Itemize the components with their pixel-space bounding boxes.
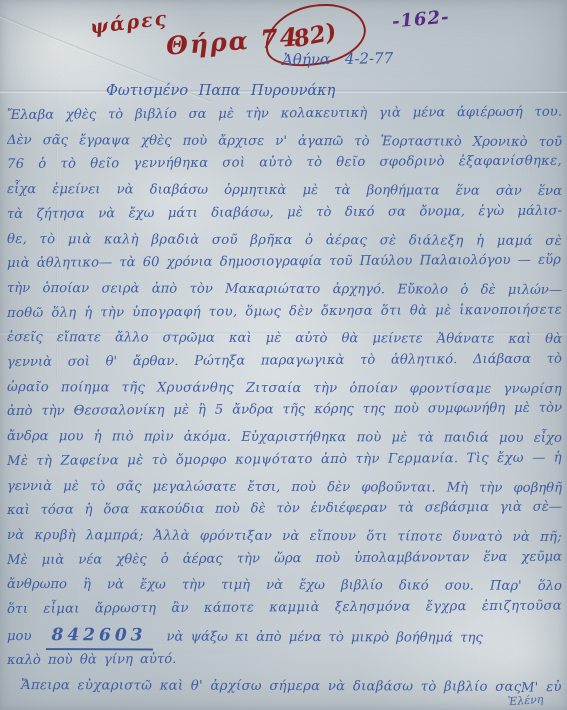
- body-line: μιὰ ἀθλητικο— τὰ 60 χρόνια δημοσιογραφία…: [7, 249, 562, 277]
- body-line: ὅτι εἶμαι ἄρρωστη ἂν κάποτε καμμιὰ ξελησ…: [7, 595, 562, 623]
- page-number: -162-: [391, 7, 450, 33]
- body-line: Ἔλαβα χθὲς τὸ βιβλίο σα μὲ τὴν κολακευτι…: [7, 101, 562, 129]
- closing-line: Ἄπειρα εὐχαριστῶ καὶ θ' ἀρχίσω σήμερα νὰ…: [7, 674, 562, 701]
- phone-line-suffix: νὰ ψάξω κι ἀπὸ μένα τὸ μικρὸ βοήθημά της: [166, 629, 482, 645]
- body-line: Μὲ τὴ Ζαφείνα μὲ τὸ ὄμορφο κομψότατο ἀπὸ…: [7, 446, 562, 474]
- body-line: ἀπὸ τὴν Θεσσαλονίκη μὲ ἢ 5 ἄνδρα τῆς κόρ…: [7, 397, 562, 425]
- body-line: Μὲ μιὰ νέα χθὲς ὁ ἀέρας τὴν ὥρα ποὺ ὑπολ…: [7, 545, 562, 573]
- signature: Ἑλένη: [507, 693, 543, 708]
- body-line: γεννιὰ σοὶ θ' ἄρθαν. Ρώτηξα παραγωγικὰ τ…: [7, 348, 562, 376]
- salutation: Φωτισμένο Παπα Πυρουνάκη: [106, 83, 335, 99]
- body-line-last: καλὸ ποὺ θὰ γίνη αὐτό.: [7, 646, 562, 674]
- body-line: τὰ ζήτησα νὰ ἔχω μάτι διαβάσω, μὲ τὸ δικ…: [7, 199, 562, 227]
- circled-number-text: 82): [291, 17, 339, 52]
- phone-line-prefix: μου: [7, 629, 32, 644]
- closing-text: Ἄπειρα εὐχαριστῶ καὶ θ' ἀρχίσω σήμερα νὰ…: [21, 674, 522, 700]
- phone-number: 842603: [45, 623, 152, 650]
- place-date: Ἀθήνα 4-2-77: [282, 49, 393, 69]
- body-line: ποθῶ ὅλη ἡ τὴν ὑπογραφή του, ὅμως δὲν ὄκ…: [7, 298, 562, 326]
- red-annotation-word: ψάρες: [89, 7, 169, 38]
- body-line: καὶ τόσα ἡ ὅσα κακούδια ποὺ δὲ τὸν ἐνδιέ…: [7, 496, 562, 524]
- letter-body: Ἔλαβα χθὲς τὸ βιβλίο σα μὲ τὴν κολακευτι…: [7, 104, 562, 699]
- letter-page: ψάρες Θήρα 74 82) -162- Ἀθήνα 4-2-77 Φωτ…: [0, 0, 567, 710]
- body-line: 76 ὁ τὸ θεῖο γεννήθηκα σοὶ αὐτὸ τὸ θεῖο …: [7, 150, 562, 178]
